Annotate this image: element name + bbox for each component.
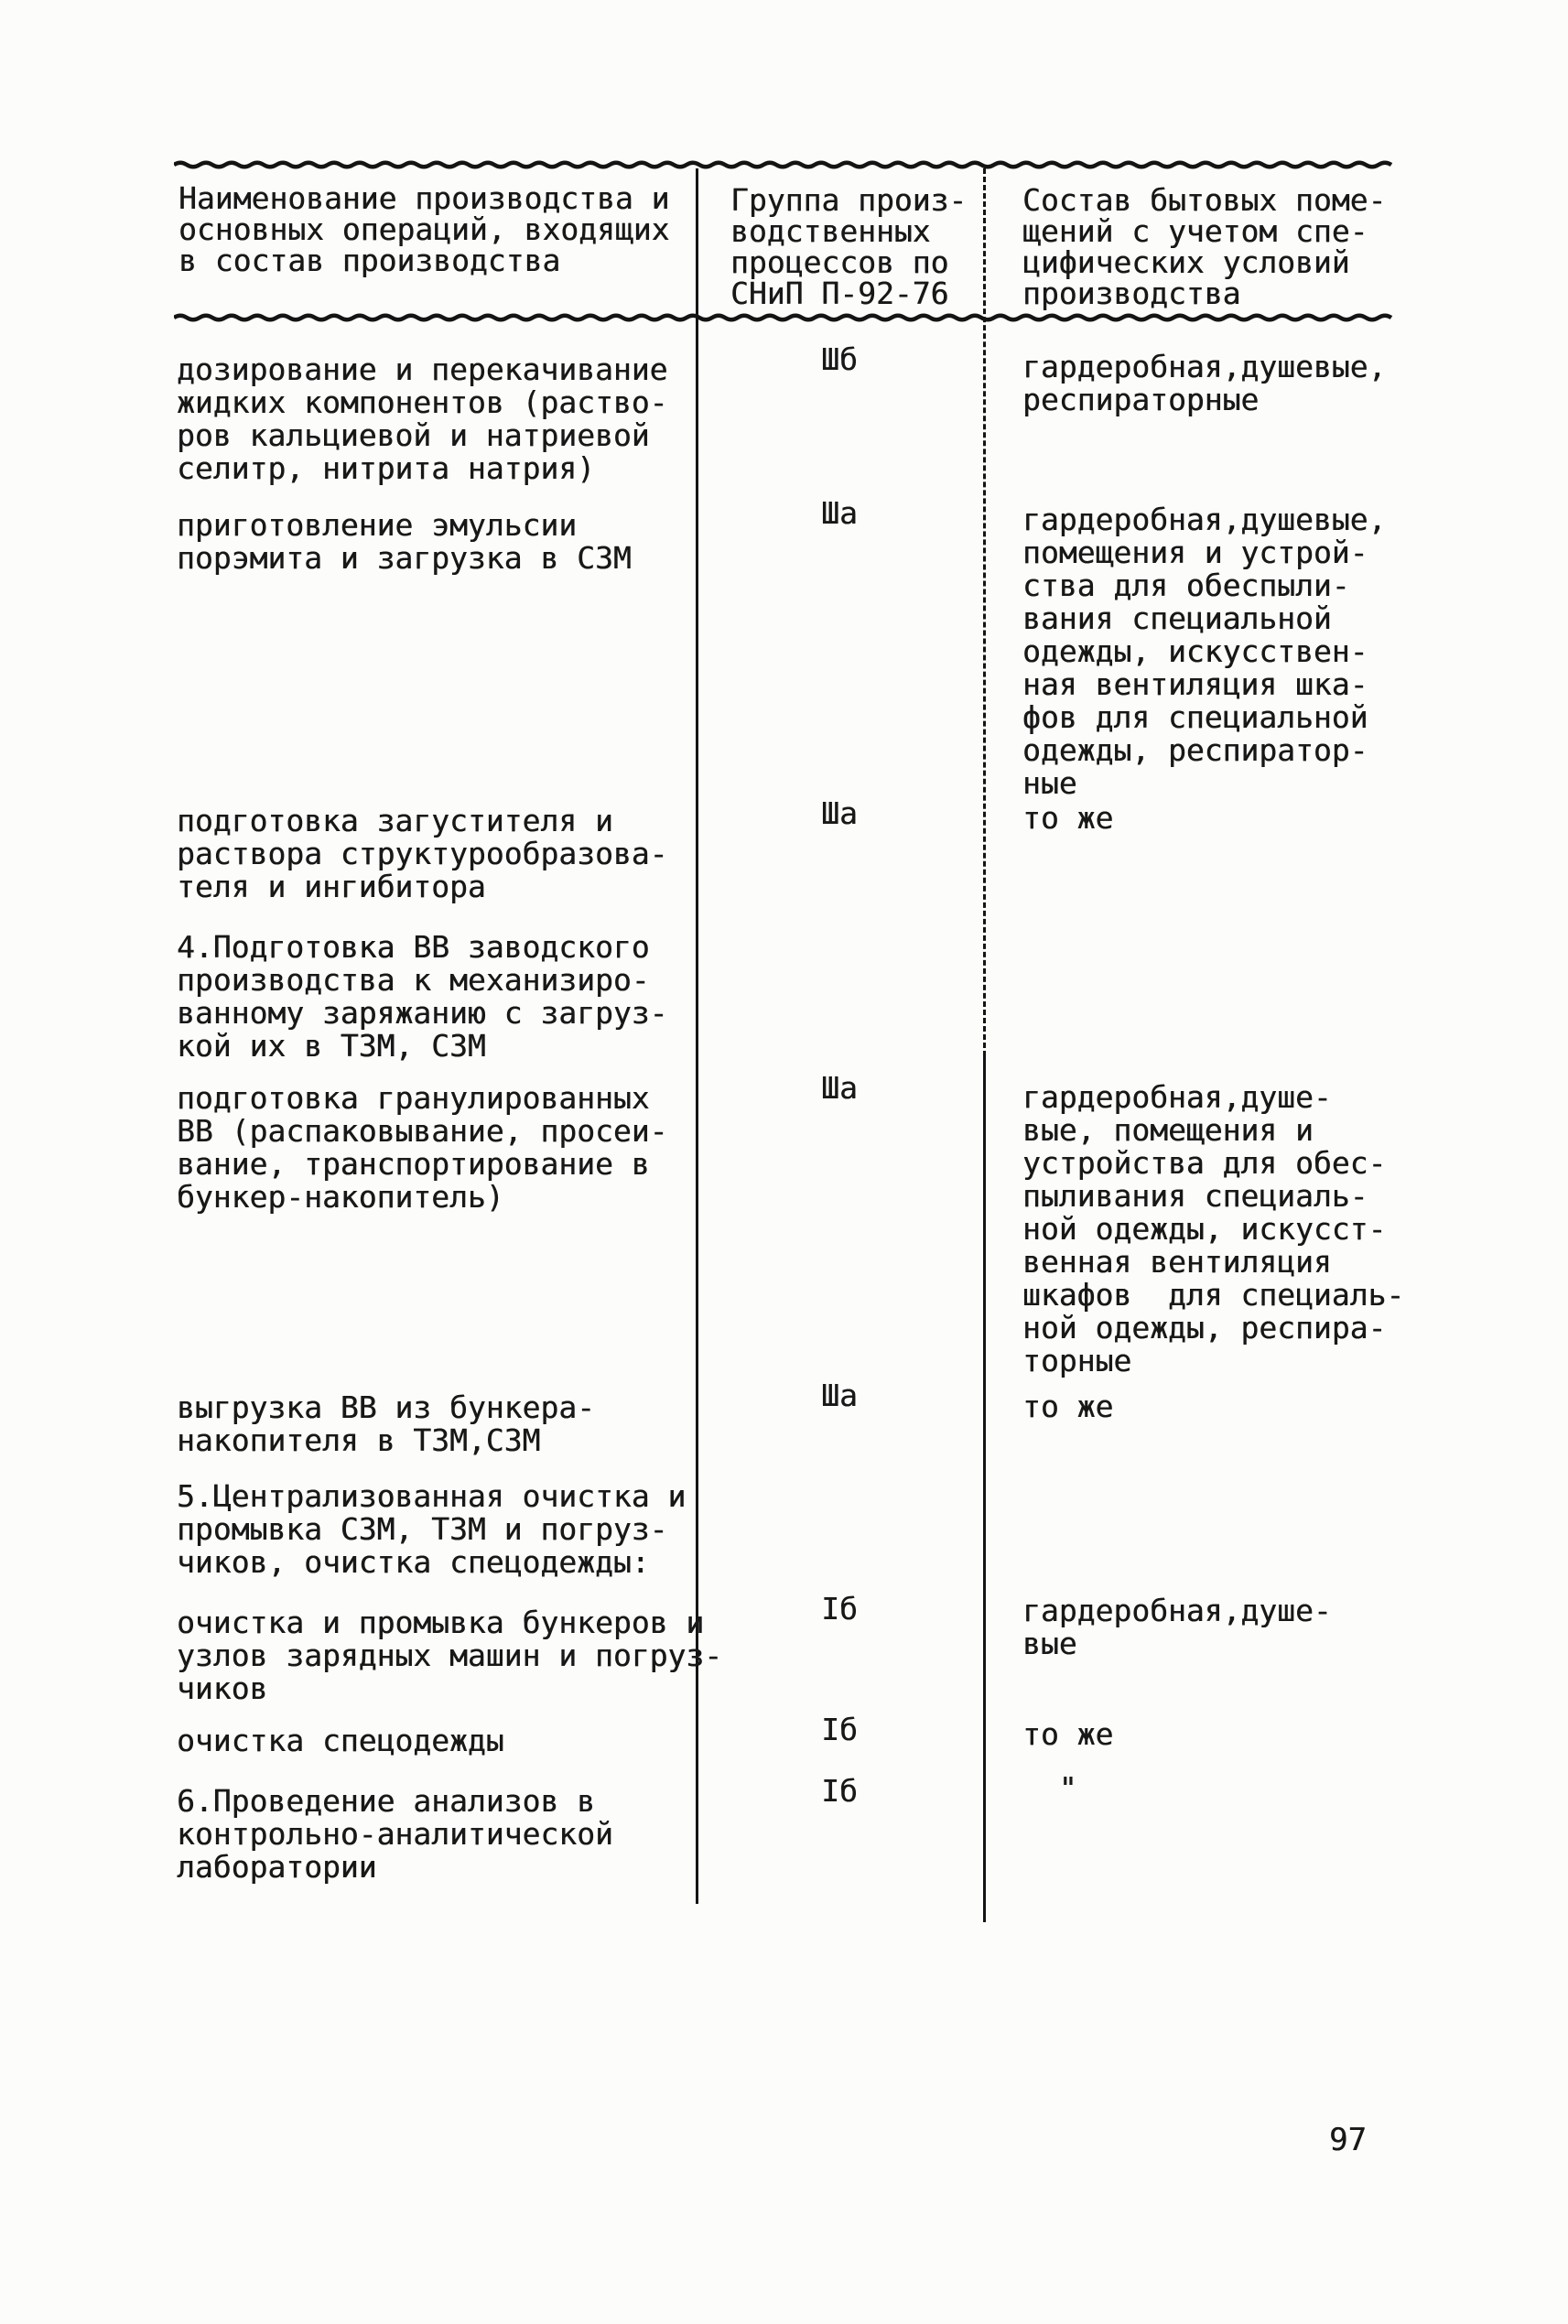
table-top-border — [174, 159, 1402, 170]
operation-cell: выгрузка ВВ из бункера- накопителя в ТЗМ… — [177, 1391, 726, 1457]
operation-cell: дозирование и перекачивание жидких компо… — [177, 353, 726, 485]
header-group-column: Группа произ- водственных процессов по С… — [730, 185, 979, 309]
group-cell: Iб — [696, 1713, 983, 1746]
operation-cell: 6.Проведение анализов в контрольно-анали… — [177, 1785, 726, 1884]
facilities-cell: гардеробная,душевые, помещения и устрой-… — [1022, 503, 1411, 800]
group-cell: Iб — [696, 1593, 983, 1626]
header-bottom-border — [174, 312, 1402, 323]
group-cell: Ша — [696, 1379, 983, 1412]
header-operations-column: Наименование производства и основных опе… — [178, 183, 691, 276]
operation-cell: приготовление эмульсии порэмита и загруз… — [177, 509, 726, 575]
group-cell: Ша — [696, 797, 983, 830]
operation-cell: 5.Централизованная очистка и промывка СЗ… — [177, 1480, 726, 1579]
group-cell: Шб — [696, 343, 983, 376]
facilities-cell: гардеробная,душе- вые, помещения и устро… — [1022, 1081, 1411, 1378]
facilities-cell: гардеробная,душевые, респираторные — [1022, 351, 1411, 416]
group-cell: Ша — [696, 497, 983, 530]
operation-cell: очистка и промывка бункеров и узлов заря… — [177, 1606, 730, 1705]
operation-cell: подготовка гранулированных ВВ (распаковы… — [177, 1082, 726, 1214]
header-facilities-column: Состав бытовых поме- щений с учетом спе-… — [1022, 185, 1402, 309]
column-divider-2-lower — [983, 1056, 986, 1922]
facilities-cell: то же — [1022, 1718, 1411, 1751]
operation-cell: подготовка загустителя и раствора структ… — [177, 805, 726, 903]
page-number: 97 — [1329, 2122, 1367, 2158]
column-divider-2-upper — [983, 168, 986, 1056]
operation-cell: очистка спецодежды — [177, 1724, 726, 1757]
facilities-cell: то же — [1022, 1390, 1411, 1423]
group-cell: Iб — [696, 1775, 983, 1808]
group-cell: Ша — [696, 1072, 983, 1105]
facilities-cell: " — [1022, 1772, 1411, 1805]
document-page: Наименование производства и основных опе… — [0, 0, 1568, 2324]
facilities-cell: гардеробная,душе- вые — [1022, 1594, 1411, 1660]
facilities-cell: то же — [1022, 802, 1411, 835]
operation-cell: 4.Подготовка ВВ заводского производства … — [177, 931, 726, 1063]
